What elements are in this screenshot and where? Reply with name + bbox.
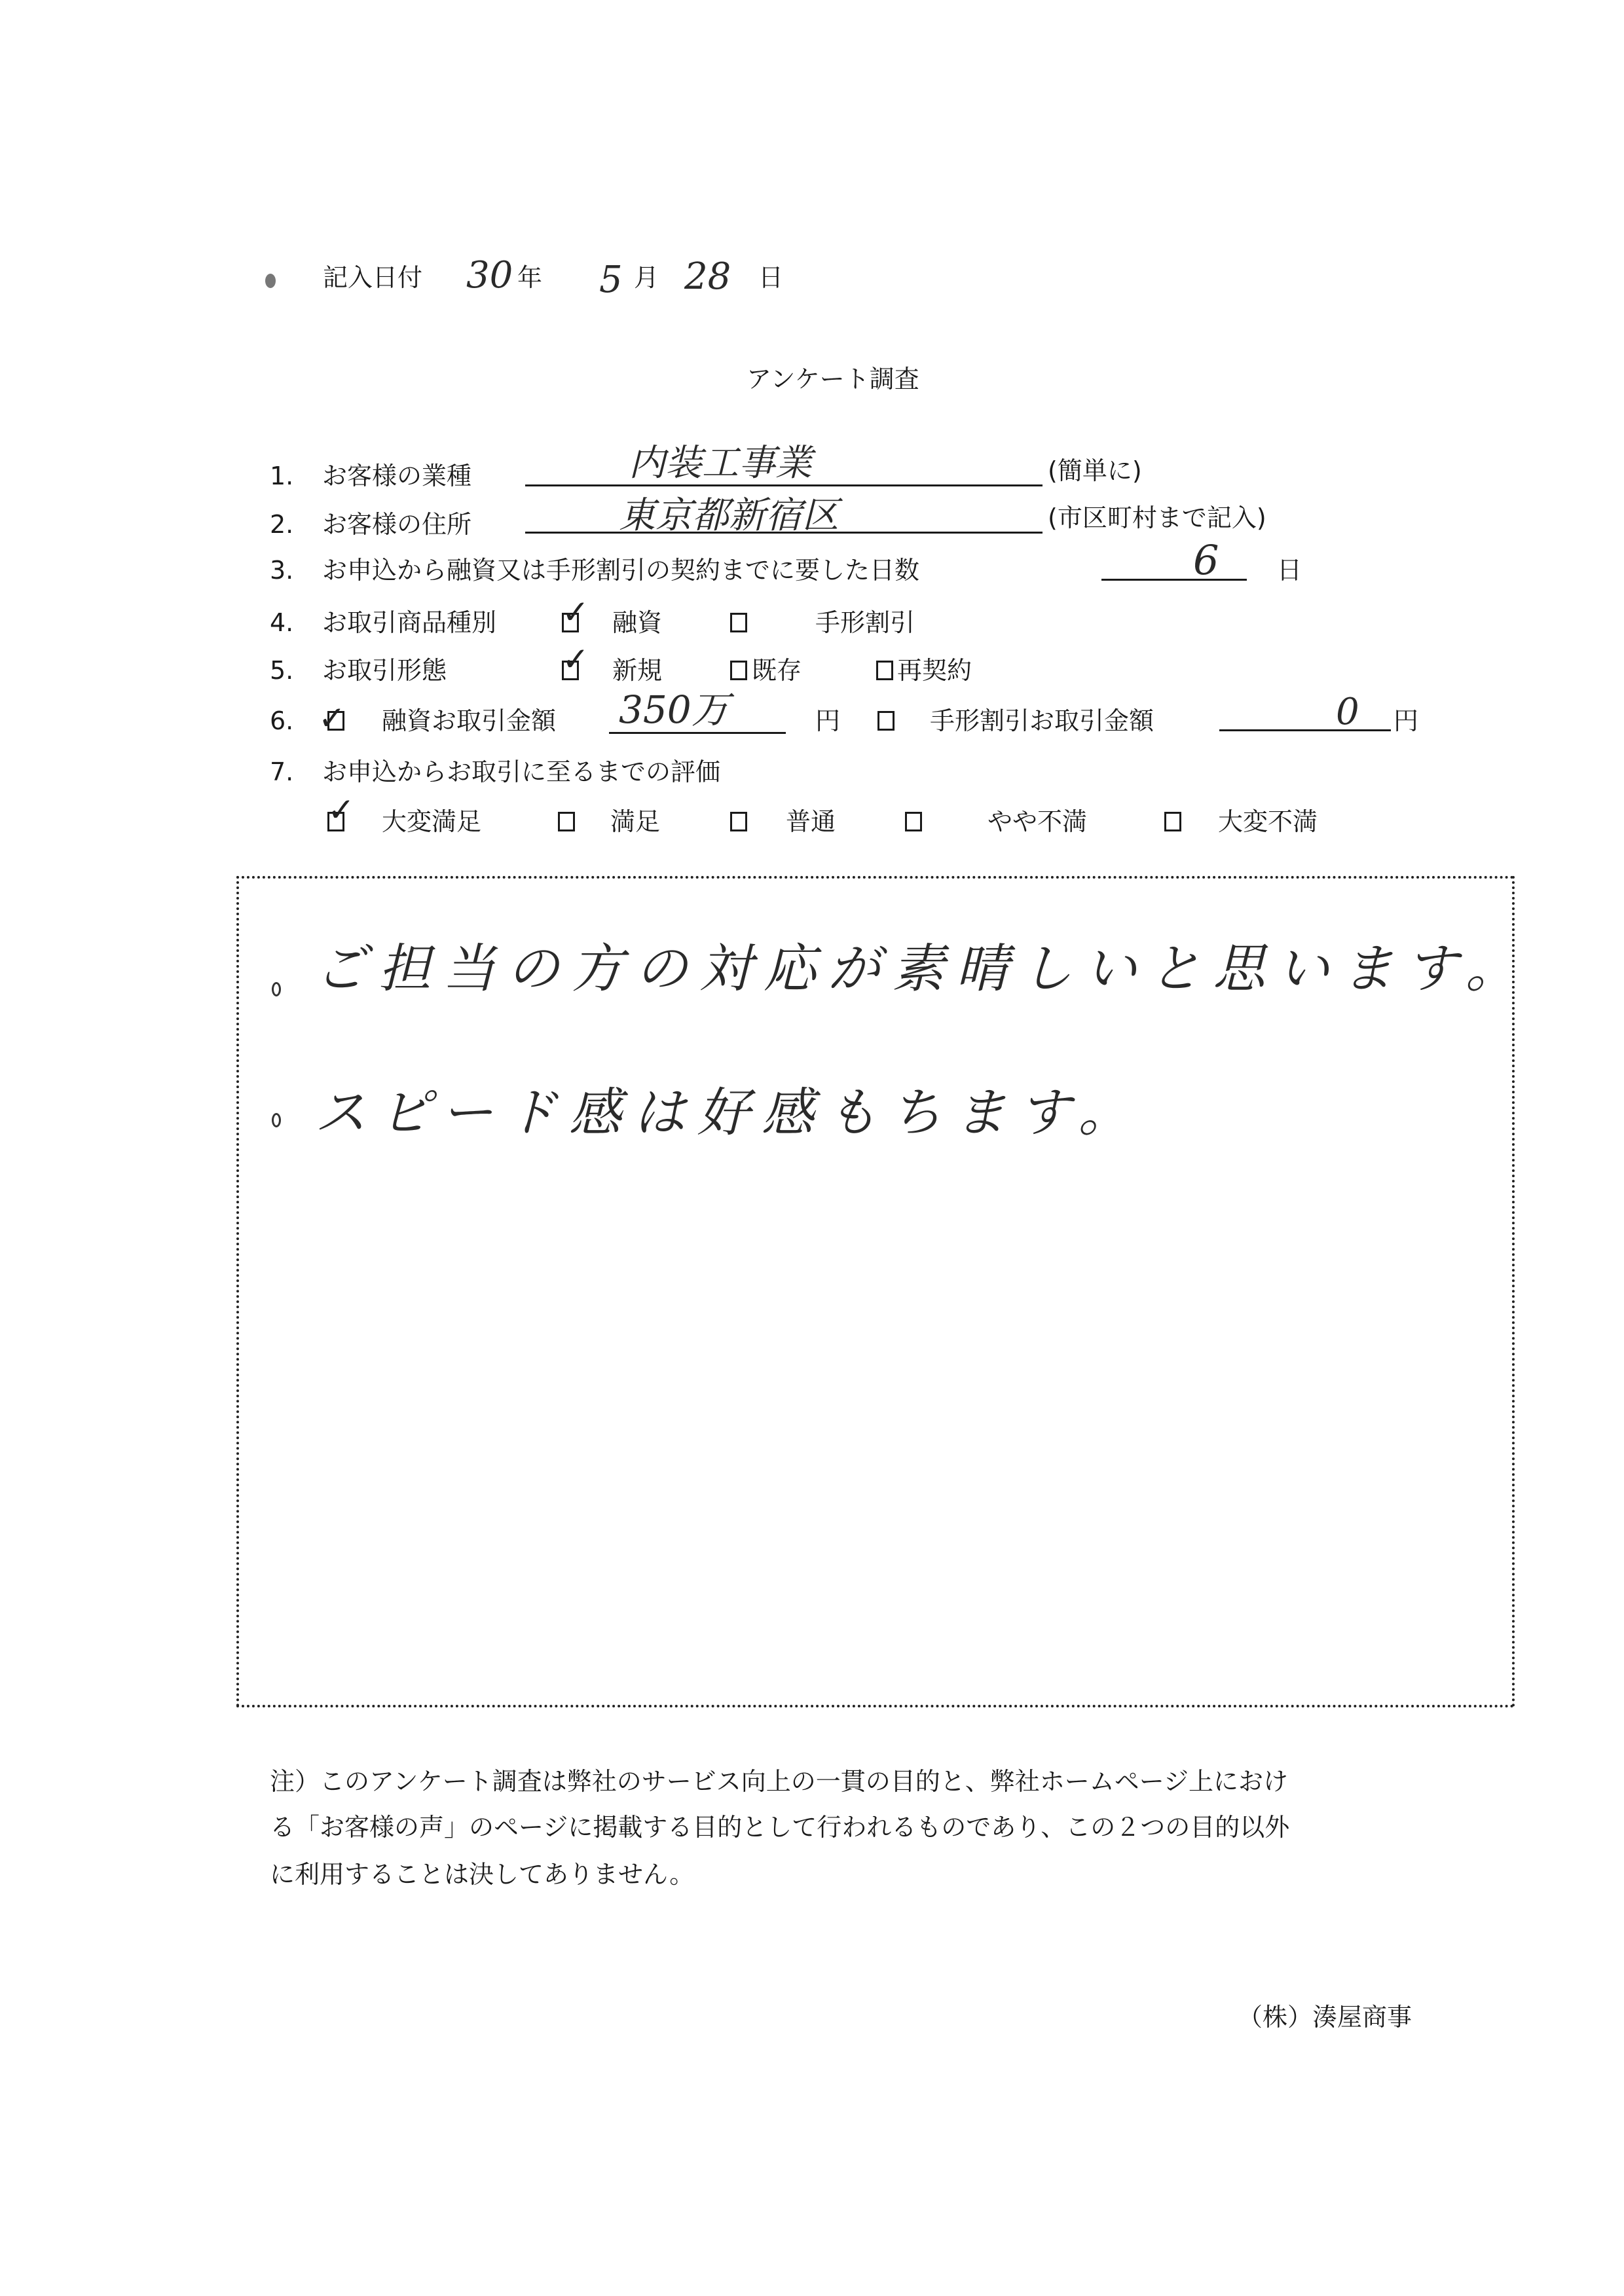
question-number: 7. (270, 759, 293, 784)
answer-underline (1101, 579, 1247, 581)
month-unit: 月 (634, 265, 659, 290)
question-label: お客様の業種 (322, 464, 471, 488)
year-value: 30 (466, 257, 513, 294)
question-label: お申込からお取引に至るまでの評価 (322, 759, 720, 784)
question-label: お取引商品種別 (322, 610, 496, 635)
bill-amount-unit: 円 (1393, 708, 1418, 733)
checkbox-renewal[interactable] (876, 661, 893, 680)
option-label: やや不満 (987, 809, 1087, 834)
option-label: 大変満足 (382, 809, 481, 834)
question-number: 3. (270, 558, 293, 583)
days-unit: 日 (1277, 558, 1302, 583)
survey-title: アンケート調査 (747, 359, 919, 395)
company-name: （株）湊屋商事 (1238, 1997, 1412, 2033)
answer-underline (525, 484, 1043, 486)
note-line-2: る「お客様の声」のページに掲載する目的として行われるものであり、この２つの目的以… (270, 1807, 1289, 1843)
loan-amount-answer[interactable]: 350万 (619, 691, 729, 729)
question-number: 4. (270, 610, 293, 635)
checkbox-neutral[interactable] (730, 812, 747, 831)
option-label: 大変不満 (1218, 809, 1318, 834)
question-number: 1. (270, 464, 293, 488)
checkbox-bill-discount[interactable] (730, 613, 747, 632)
checkbox-existing[interactable] (730, 661, 747, 680)
checkbox-bill-amount[interactable] (877, 711, 895, 731)
industry-answer[interactable]: 内装工事業 (629, 445, 812, 482)
option-label: 融資 (612, 610, 662, 635)
bullet-icon (272, 982, 281, 996)
bullet-icon (272, 1113, 281, 1127)
comment-box[interactable] (236, 876, 1515, 1707)
bill-amount-label: 手形割引お取引金額 (930, 708, 1154, 733)
check-mark-icon: ✓ (327, 793, 355, 826)
note-line-3: に利用することは決してありません。 (270, 1854, 694, 1890)
comment-line-1: ご担当の方の対応が素晴しいと思います。 (314, 943, 1530, 995)
date-label: 記入日付 (323, 265, 422, 290)
comment-line-2: スピード感は好感もちます。 (314, 1087, 1142, 1139)
year-unit: 年 (517, 265, 542, 290)
month-value: 5 (599, 262, 623, 299)
question-label: お客様の住所 (322, 512, 471, 537)
punch-hole-mark (265, 274, 276, 288)
option-label: 新規 (612, 658, 662, 683)
check-mark-icon: ✓ (562, 643, 589, 676)
loan-amount-unit: 円 (815, 708, 840, 733)
option-label: 既存 (752, 658, 802, 683)
checkbox-somewhat-dissatisfied[interactable] (905, 812, 922, 831)
address-answer[interactable]: 東京都新宿区 (619, 498, 839, 534)
question-hint: (市区町村まで記入) (1048, 505, 1266, 530)
option-label: 再契約 (897, 658, 972, 683)
question-number: 2. (270, 512, 293, 537)
option-label: 手形割引 (815, 610, 915, 635)
option-label: 満足 (610, 809, 660, 834)
bill-amount-answer[interactable]: 0 (1336, 694, 1359, 731)
check-mark-icon: ✓ (562, 596, 589, 629)
answer-underline (609, 732, 786, 734)
day-value: 28 (684, 259, 731, 295)
question-hint: (簡単に) (1048, 458, 1142, 483)
note-line-1: 注）このアンケート調査は弊社のサービス向上の一貫の目的と、弊社ホームページ上にお… (270, 1761, 1288, 1797)
days-answer[interactable]: 6 (1193, 540, 1219, 581)
loan-amount-label: 融資お取引金額 (382, 708, 556, 733)
question-label: お申込から融資又は手形割引の契約までに要した日数 (322, 558, 919, 583)
answer-underline (1219, 729, 1391, 731)
question-number: 5. (270, 658, 293, 683)
question-number: 6. (270, 708, 293, 733)
day-unit: 日 (758, 265, 783, 290)
question-label: お取引形態 (322, 658, 447, 683)
checkbox-very-dissatisfied[interactable] (1164, 812, 1181, 831)
option-label: 普通 (786, 809, 836, 834)
checkbox-satisfied[interactable] (558, 812, 575, 831)
check-mark-icon: ✓ (318, 702, 346, 735)
